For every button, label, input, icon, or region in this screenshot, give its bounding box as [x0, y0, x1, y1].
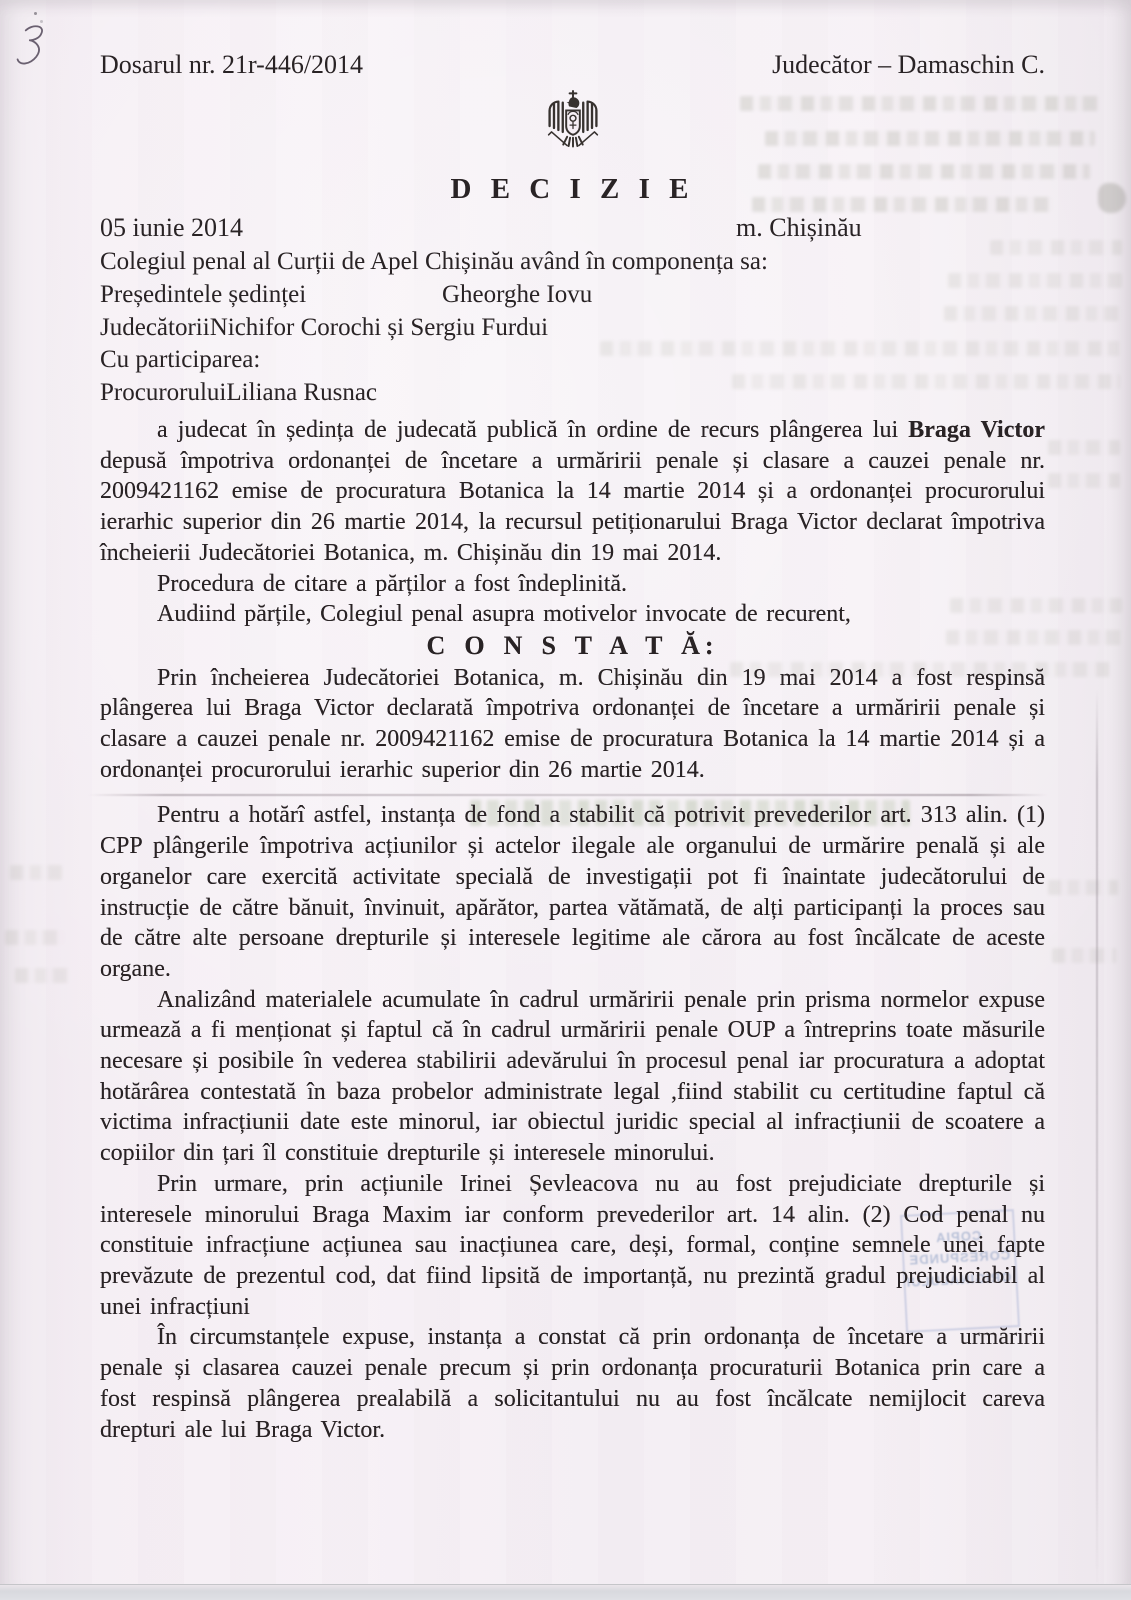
scanned-document-page: COPIA CORESPUNDE ORIGINALULUI Dosarul nr…: [0, 0, 1131, 1600]
handwritten-page-number: [11, 20, 55, 86]
decision-date: 05 iunie 2014: [100, 213, 243, 242]
panel-row-label: Cu participarea:: [100, 346, 260, 373]
panel-row-value: Gheorghe Iovu: [442, 281, 592, 309]
document-body-column: Dosarul nr. 21r-446/2014 Judecător – Dam…: [100, 50, 1045, 1445]
body-paragraph-conclusion-1: Prin urmare, prin acțiunile Irinei Șevle…: [100, 1169, 1045, 1323]
finding-heading: C O N S T A T Ă:: [100, 631, 1045, 662]
body-paragraph-hearing: Audiind părțile, Colegiul penal asupra m…: [100, 599, 1045, 630]
ink-blot: [1098, 183, 1126, 213]
date-row: 05 iunie 2014 m. Chișinău: [100, 213, 1045, 246]
bleedthrough-smudge: [1048, 473, 1120, 488]
decision-city: m. Chișinău: [736, 213, 862, 243]
panel-row-label: Judecătorii: [100, 314, 210, 341]
moldova-coat-of-arms-icon: [541, 89, 605, 167]
bleedthrough-smudge: [1048, 440, 1120, 455]
panel-row-judges: Judecătorii Nichifor Corochi și Sergiu F…: [100, 314, 1045, 347]
fold-crease-vertical: [1096, 690, 1098, 1590]
handwritten-3-glyph: [12, 20, 55, 81]
body-paragraph-analysis: Analizând materialele acumulate în cadru…: [100, 985, 1045, 1169]
emblem-wrap: [100, 89, 1045, 169]
document-header: Dosarul nr. 21r-446/2014 Judecător – Dam…: [100, 50, 1045, 80]
judge-name: Judecător – Damaschin C.: [772, 50, 1045, 80]
panel-row-value: Liliana Rusnac: [226, 379, 377, 407]
p1-rest: depusă împotriva ordonanței de încetare …: [100, 448, 1045, 566]
panel-intro: Colegiul penal al Curții de Apel Chișină…: [100, 248, 1045, 281]
bleedthrough-smudge: [15, 968, 70, 983]
decision-body: a judecat în ședința de judecată publică…: [100, 415, 1045, 1445]
panel-row-label: Procurorului: [100, 379, 226, 406]
bleedthrough-smudge: [10, 865, 62, 880]
bleedthrough-smudge: [5, 930, 65, 945]
bleedthrough-smudge: [1052, 948, 1116, 963]
panel-row-prosecutor: Procurorului Liliana Rusnac: [100, 379, 1045, 412]
ink-speck: [34, 12, 37, 15]
ink-speck: [40, 20, 43, 23]
panel-row-president: Președintele ședinței Gheorghe Iovu: [100, 281, 1045, 314]
decision-title: D E C I Z I E: [100, 173, 1045, 206]
case-number: Dosarul nr. 21r-446/2014: [100, 50, 363, 80]
court-panel: Colegiul penal al Curții de Apel Chișină…: [100, 248, 1045, 411]
bleedthrough-smudge: [1048, 880, 1118, 895]
body-paragraph-ruling-summary: Prin încheierea Judecătoriei Botanica, m…: [100, 663, 1045, 786]
panel-row-value: Nichifor Corochi și Sergiu Furdui: [210, 314, 548, 342]
p1-lead: a judecat în ședința de judecată publică…: [157, 417, 908, 443]
body-paragraph-legal-basis: Pentru a hotărî astfel, instanța de fond…: [100, 800, 1045, 984]
body-paragraph-citation: Procedura de citare a părților a fost în…: [100, 569, 1045, 600]
panel-row-label: Președintele ședinței: [100, 281, 306, 308]
panel-row-participation: Cu participarea:: [100, 346, 1045, 379]
petitioner-name-bold: Braga Victor: [908, 417, 1045, 443]
body-paragraph-conclusion-2: În circumstanțele expuse, instanța a con…: [100, 1322, 1045, 1445]
scan-edge: [0, 1584, 1131, 1600]
body-paragraph-judged: a judecat în ședința de judecată publică…: [100, 415, 1045, 569]
